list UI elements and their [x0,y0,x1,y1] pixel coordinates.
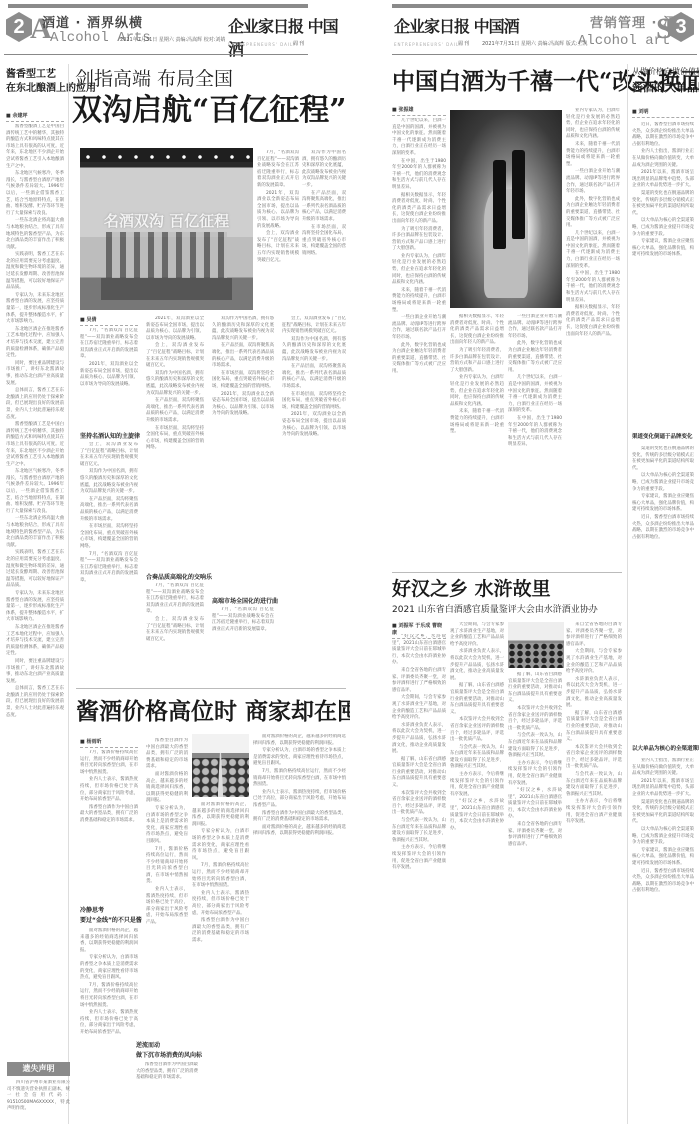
main-body-e: 双沟作为中国名酒，拥有悠久的酿酒历史和深厚的文化底蕴，此次战略发布被业内视为双沟… [212,316,274,588]
paragraph: 浓香型白酒作为中国白酒最大的香型品类，拥有广泛的消费基础和稳定的市场需求。 [253,811,346,824]
section-title: 酒道 · 酒界纵横 [42,12,143,31]
photo-people [106,232,227,281]
paragraph: 据相关数据显示，年轻消费者对低度、时尚、个性化的酒类产品需求日益增长，这促使白酒… [566,305,620,338]
paragraph: 7月，“名酒双沟 百亿征程”——双沟酒业战略发布会在江苏宿迁隆重举行，标志着双沟… [80,552,138,585]
sidebar-title-line1: 酱香型工艺 [6,70,56,80]
paragraph: 面对酱酒价格的高企，越来越多的经销商选择回归浓香，以期获得更稳健的利润回报。 [253,825,346,838]
paragraph: 一些东北酒企将高温大曲与本地粮食结合，形成了具有地域特色的酱香型产品，为东北白酒… [6,516,64,549]
paragraph: 大会期间，与会专家参观了水浒酒业生产基地，对企业的酿造工艺和产品品质给予高度评价… [566,649,622,675]
paragraph: 在中国，出生于1980年至2000年的人群被称为千禧一代，他们的消费观念和生活方… [566,271,620,304]
paragraph: 东北地区酒企在推进酱香工艺本地化过程中，应加强人才培养与技术交流，建立完善的质量… [6,625,64,658]
paragraph: 同时，要注重品牌建设与市场推广，讲好东北酱酒故事，推动东北白酒产业高质量发展。 [6,361,64,387]
paragraph: 与会代表一致认为，山东白酒近年来在品质和品牌建设方面取得了长足进步，鲁酒振兴正当… [508,733,562,759]
main-article-body-col2: 双沟作为中国名酒，拥有悠久的酿酒历史和深厚的文化底蕴，此次战略发布被业内视为双沟… [302,150,346,310]
paragraph: 业内专家认为，白酒年轻化是行业发展的必然趋势，但企业在追求年轻化的同时，也应保持… [566,108,620,141]
paragraph: 7月，“名酒双沟 百亿征程”——双沟酒业战略发布会在江苏宿迁隆重举行，标志着双沟… [212,607,274,633]
paragraph: 2021年，双沟酒业以全新姿态布局全国市场，提出以品质为核心、以品牌为引领、以市… [257,191,299,231]
ceremony-photo: 名酒双沟 百亿征程 [80,148,253,310]
third-body-b: 大会期间，与会专家参观了水浒酒业生产基地，对企业的酿造工艺和产品品质给予高度评价… [450,622,504,1124]
paragraph: 双沟作为中国名酒，拥有悠久的酿酒历史和深厚的文化底蕴，此次战略发布被业内视为双沟… [282,337,346,363]
main-body-a: 7月，“名酒双沟 百亿征程”——双沟酒业战略发布会在江苏宿迁隆重举行，标志着双沟… [80,328,138,428]
paragraph: 为了吸引年轻消费者，许多白酒品牌在包装设计、营销方式和产品口感上进行了大胆创新。 [450,348,504,374]
paragraph: 未来，随着千禧一代消费能力的持续提升，白酒市场格局或将迎来新一轮重塑。 [392,288,446,314]
paragraph: 来自全省各地的白酒专家、评酒委员齐聚一堂，对参评酒样进行了严格细致的感官品评。 [566,622,622,648]
paragraph: 渠道的变化也在倒逼品牌的变化，传统的多层级分销模式正在被更加扁平化的渠道结构所取… [632,446,694,472]
paragraph: 主办方表示，今后将继续发挥鉴评大会的引领作用，促进全省白酒产业健康有序发展。 [450,772,504,798]
paragraph: 据了解，山东省白酒感官质量鉴评大会是全省白酒行业的重要活动，对推动山东白酒品质提… [508,672,562,705]
second-body-a: 7月，酱酒价格持续高位运行，然而不少经销商却开始将目光转向浓香型白酒，在市场中悄… [80,750,138,900]
sidebar-body-c: 业内人士指出，酱酒行业正在从做价格向做价值转变，大单品成为酒企突围的关键。 20… [632,758,694,1124]
paragraph: 专家建议，酱酒企业应聚焦核心大单品，强化品牌价值，构建可持续发展的市场体系。 [632,494,694,514]
paragraph: 近日，酱香型白酒市场持续火热，众多酒企纷纷推出大单品战略，以期在激烈的市场竞争中… [632,515,694,541]
main-kicker: 剑指高端 布局全国 [75,70,233,89]
paragraph: 此外，数字化营销也成为白酒企业触达年轻消费者的重要渠道，直播带货、社交媒体推广等… [508,341,562,374]
notice-title: 遗失声明 [7,1062,70,1076]
sidebar-headline: 酱酒的大单品时代 [632,82,699,93]
paragraph: 据相关数据显示，年轻消费者对低度、时尚、个性化的酒类产品需求日益增长，这促使白酒… [450,314,504,347]
main-body-f: 7月，“名酒双沟 百亿征程”——双沟酒业战略发布会在江苏宿迁隆重举行，标志着双沟… [212,607,274,680]
paragraph: 专家分析认为，白酒市场的香型之争本质上是消费需求的变化，商家应理性看待市场热点，… [192,829,249,862]
photo-table [101,278,232,301]
paragraph: 同时，要注重品牌建设与市场推广，讲好东北酱酒故事，推动东北白酒产业高质量发展。 [6,659,64,685]
dateline: 2021年7月31日 星期六 责编:冯嵩辉 版式:王凯 [482,40,587,47]
article-divider [392,572,622,573]
brand-suffix: 周刊 [458,40,470,47]
paragraph: 主办方表示，今后将继续发挥鉴评大会的引领作用，促进全省白酒产业健康有序发展。 [566,799,622,825]
paragraph: 2021年，双沟酒业以全新姿态布局全国市场，提出以品质为核心、以品牌为引领、以市… [282,412,346,438]
paragraph: 在产品层面，双沟将聚焦高端化，推出一系列代表名酒品质的核心产品，以满足消费升级的… [80,497,138,523]
paragraph: 以大单品为核心的全渠道策略，已成为酱酒企业提升市场竞争力的重要手段。 [632,827,694,847]
sidebar-section-head-1: 渠道变化倒逼于品牌变化 [632,432,693,440]
sidebar-byline: 余建坪 [6,112,64,122]
main-byline: 吴倩 [80,316,138,326]
paragraph: 酱香型酿酒工艺是中国白酒传统工艺中的精华，其独特的酿造方式和风味特点使其在市场上… [6,422,64,468]
paragraph: 7月，“名酒双沟 百亿征程”——双沟酒业战略发布会在江苏宿迁隆重举行，标志着双沟… [257,150,299,190]
newspaper-brand-en: ENTREPRENEURS' DAILY [394,42,462,47]
paragraph: 双沟作为中国名酒，拥有悠久的酿酒历史和深厚的文化底蕴，此次战略发布被业内视为双沟… [302,150,346,190]
paragraph: 与会代表一致认为，山东白酒近年来在品质和品牌建设方面取得了长足进步，鲁酒振兴正当… [392,818,446,844]
third-body-d: 来自全省各地的白酒专家、评酒委员齐聚一堂，对参评酒样进行了严格细致的感官品评。 … [566,622,622,1124]
paragraph: 东北地区气候寒冷，冬季漫长，与酱香型白酒原产地的气候条件差异较大。1996年以后… [6,469,64,515]
paragraph: 双沟作为中国名酒，拥有悠久的酿酒历史和深厚的文化底蕴，此次战略发布被业内视为双沟… [80,469,138,495]
second-body-e: 面对酱酒价格的高企，越来越多的经销商选择回归浓香，以期获得更稳健的利润回报。 专… [192,802,249,1124]
page-number-badge: 3 [668,12,698,46]
paragraph: 浓香型白酒作为中国白酒最大的香型品类，拥有广泛的消费基础和稳定的市场需求。 [80,805,138,825]
paragraph: 2021年，双沟酒业以全新姿态布局全国市场，提出以品质为核心、以品牌为引领、以市… [212,392,274,418]
third-subheadline: 2021 山东省白酒感官质量鉴评大会由水浒酒业协办 [392,606,598,615]
main-body-c: 2021年，双沟酒业以全新姿态布局全国市场，提出以品质为核心、以品牌为引领、以市… [146,316,204,566]
paragraph: “好汉之乡，水浒故里”，2021山东省白酒感官质量鉴评大会日前在郓城举行，本次大… [392,634,446,667]
paragraph: “好汉之乡，水浒故里”，2021山东省白酒感官质量鉴评大会日前在郓城举行，本次大… [450,799,504,832]
paragraph: 本次鉴评大会共收到全省百余家企业送评的酒样数百个，经过多轮品评，评选出一批优质产… [450,717,504,743]
paragraph: 实践表明，酱香工艺在东北的应用需要充分考虑温度、湿度和微生物环境的差异，通过延长… [6,550,64,590]
paragraph: 东北地区酒企在推进酱香工艺本地化过程中，应加强人才培养与技术交流，建立完善的质量… [6,327,64,360]
paragraph: 在市场层面，双沟将坚持全国化布局，重点突破省外核心市场，构建覆盖全国的营销网络。 [212,371,274,391]
paragraph: 渠道的变化也在倒逼品牌的变化，传统的多层级分销模式正在被更加扁平化的渠道结构所取… [632,800,694,826]
paragraph: 业内人士表示，酱酒热度持续，但市场价格已处于高位，部分商家出于风险考虑，开始布局… [253,790,346,810]
photo-banner-text: 名酒双沟 百亿征程 [80,210,253,231]
paragraph: 面对酱酒价格的高企，越来越多的经销商选择回归浓香，以期获得更稳健的利润回报。 [80,928,138,954]
paragraph: 会上，双沟酒业发布了“百亿征程”战略目标，计划在未来五年内实现销售规模突破百亿元… [146,343,204,369]
second-body-b: 面对酱酒价格的高企，越来越多的经销商选择回归浓香，以期获得更稳健的利润回报。 专… [80,928,138,1124]
paragraph: 2021年，双沟酒业以全新姿态布局全国市场，提出以品质为核心、以品牌为引领、以市… [146,316,204,342]
masthead-rule [392,54,697,55]
newspaper-page-2a: 2 A 酒道 · 酒界纵横 Alcohol Arts 2021年7月31日 星期… [0,0,350,1126]
paragraph: 业内人士指出，酱酒行业正在从做价格向做价值转变，大单品成为酒企突围的关键。 [632,149,694,169]
paragraph: 会上，双沟酒业发布了“百亿征程”战略目标，计划在未来五年内实现销售规模突破百亿元… [80,442,138,468]
paragraph: 以大单品为核心的全渠道策略，已成为酱酒企业提升市场竞争力的重要手段。 [632,218,694,238]
section-head-2: 合奏品质高端化的交响乐 [146,572,212,581]
paragraph: 在产品层面，双沟将聚焦高端化，推出一系列代表名酒品质的核心产品，以满足消费升级的… [146,398,204,424]
main-body-a: 几个世纪以来，白酒一直是中国的国酒，并被视为中国文化的象征。然而随着千禧一代逐渐… [392,118,446,566]
paragraph: 在市场层面，双沟将坚持全国化布局，重点突破省外核心市场，构建覆盖全国的营销网络。 [302,225,346,258]
paragraph: 业内人士表示，酱酒热度持续，但市场价格已处于高位，部分商家出于风险考虑，开始布局… [80,1010,138,1036]
main-byline: 张振雄 [392,106,446,116]
second-byline: 杨雨昕 [80,738,138,748]
brand-suffix: 周刊 [293,40,305,47]
paragraph: 7月，“名酒双沟 百亿征程”——双沟酒业战略发布会在江苏宿迁隆重举行，标志着双沟… [80,328,138,361]
paragraph: 几个世纪以来，白酒一直是中国的国酒，并被视为中国文化的象征。然而随着千禧一代逐渐… [508,375,562,415]
paragraph: 在市场层面，双沟将坚持全国化布局，重点突破省外核心市场，构建覆盖全国的营销网络。 [80,524,138,550]
paragraph: 近日，酱香型白酒市场持续火热，众多酒企纷纷推出大单品战略，以期在激烈的市场竞争中… [632,869,694,895]
paragraph: 主办方表示，今后将继续发挥鉴评大会的引领作用，促进全省白酒产业健康有序发展。 [392,845,446,871]
paragraph: 在产品层面，双沟将聚焦高端化，推出一系列代表名酒品质的核心产品，以满足消费升级的… [212,343,274,369]
photo-bottle [493,160,506,249]
paragraph: 据了解，山东省白酒感官质量鉴评大会是全省白酒行业的重要活动，对推动山东白酒品质提… [450,683,504,716]
masthead-rule [4,54,308,55]
paragraph: 专家建议，酱酒企业应聚焦核心大单品，强化品牌价值，构建可持续发展的市场体系。 [632,239,694,259]
paragraph: 大会期间，与会专家参观了水浒酒业生产基地，对企业的酿造工艺和产品品质给予高度评价… [450,622,504,648]
paragraph: 专家认为，未来东北地区酱香型白酒的发展，应坚持质量第一，逐步形成标准化生产体系，… [6,293,64,326]
page-number: 3 [668,12,694,42]
third-body-c: 据了解，山东省白酒感官质量鉴评大会是全省白酒行业的重要活动，对推动山东白酒品质提… [508,672,562,1124]
sidebar-article-body: 酱香型酿酒工艺是中国白酒传统工艺中的精华，其独特的酿造方式和风味特点使其在市场上… [6,124,64,1054]
sidebar-body-b: 渠道的变化也在倒逼品牌的变化，传统的多层级分销模式正在被更加扁平化的渠道结构所取… [632,446,694,686]
top-rule [8,4,308,8]
paragraph: 在中国，出生于1980年至2000年的人群被称为千禧一代，他们的消费观念和生活方… [392,159,446,192]
paragraph: 一些东北酒企将高温大曲与本地粮食结合，形成了具有地域特色的酱香型产品，为东北白酒… [6,218,64,251]
main-body-d: 一些白酒企业开始与潮流品牌、动漫IP等进行跨界合作，通过联名款产品打开年轻市场。… [508,314,562,566]
paragraph: 几个世纪以来，白酒一直是中国的国酒，并被视为中国文化的象征。然而随着千禧一代逐渐… [566,231,620,271]
sidebar-body-a: 近日，酱香型白酒市场持续火热，众多酒企纷纷推出大单品战略，以期在激烈的市场竞争中… [632,122,694,424]
paragraph: 7月，酱酒价格持续高位运行，然而不少经销商却开始将目光转向浓香型白酒，在市场中悄… [80,750,138,776]
paragraph: 业内人士表示，酱酒热度持续，但市场价格已处于高位，部分商家出于风险考虑，开始布局… [80,777,138,803]
section-head-3: 高端市场全国化的进行曲 [212,596,278,605]
paragraph: 主办方表示，今后将继续发挥鉴评大会的引领作用，促进全省白酒产业健康有序发展。 [508,761,562,787]
paragraph: 2021年以来，酱酒市场呈现出明显的品牌集中趋势，头部企业的大单品优势进一步扩大… [632,779,694,799]
paragraph: 浓香型白酒作为中国白酒最大的香型品类，拥有广泛的消费基础和稳定的市场需求。 [146,738,188,771]
second-body-f: 面对酱酒价格的高企，越来越多的经销商选择回归浓香，以期获得更稳健的利润回报。 专… [253,734,346,1124]
paragraph: 酱香型酿酒工艺是中国白酒传统工艺中的精华，其独特的酿造方式和风味特点使其在市场上… [6,124,64,170]
paragraph: 本次鉴评大会共收到全省百余家企业送评的酒样数百个，经过多轮品评，评选出一批优质产… [392,791,446,817]
article-divider [76,688,346,689]
paragraph: 7月，“名酒双沟 百亿征程”——双沟酒业战略发布会在江苏宿迁隆重举行，标志着双沟… [146,583,204,616]
paragraph: 未来，随着千禧一代消费能力的持续提升，白酒市场格局或将迎来新一轮重塑。 [566,142,620,168]
photo-crowd [508,643,564,668]
paragraph: 在产品层面，双沟将聚焦高端化，推出一系列代表名酒品质的核心产品，以满足消费升级的… [282,364,346,390]
sidebar-byline: 刘明 [632,108,694,118]
paragraph: 据了解，山东省白酒感官质量鉴评大会是全省白酒行业的重要活动，对推动山东白酒品质提… [566,711,622,744]
paragraph: 业内专家认为，白酒年轻化是行业发展的必然趋势，但企业在追求年轻化的同时，也应保持… [392,254,446,287]
paragraph: 面对酱酒价格的高企，越来越多的经销商选择回归浓香，以期获得更稳健的利润回报。 [253,734,346,747]
paragraph: 本次鉴评大会共收到全省百余家企业送评的酒样数百个，经过多轮品评，评选出一批优质产… [566,745,622,771]
second-section-head-1: 冷静思考 [80,905,104,914]
paragraph: 在市场层面，双沟将坚持全国化布局，重点突破省外核心市场，构建覆盖全国的营销网络。 [146,426,204,452]
main-body-g: 会上，双沟酒业发布了“百亿征程”战略目标，计划在未来五年内实现销售规模突破百亿元… [282,316,346,680]
cellar-photo [192,734,249,797]
paragraph: 在市场层面，双沟将坚持全国化布局，重点突破省外核心市场，构建覆盖全国的营销网络。 [282,392,346,412]
paragraph: 专家分析认为，白酒市场的香型之争本质上是消费需求的变化，商家应理性看待市场热点，… [253,748,346,768]
paragraph: 以大单品为核心的全渠道策略，已成为酱酒企业提升市场竞争力的重要手段。 [632,473,694,493]
meeting-photo [508,622,564,668]
paragraph: 7月，酱酒价格持续高位运行，然而不少经销商却开始将目光转向浓香型白酒，在市场中悄… [192,863,249,889]
paragraph: 据相关数据显示，年轻消费者对低度、时尚、个性化的酒类产品需求日益增长，这促使白酒… [392,193,446,226]
paragraph: 水浒酒业负责人表示，将以此次大会为契机，进一步提升产品品质，弘扬水浒酒文化，推动… [566,677,622,710]
notice-text: 四川省泸州市某酒业有限公司不慎遗失营业执照正副本，统一社会信用代码：915105… [7,1080,70,1124]
paragraph: 此外，数字化营销也成为白酒企业触达年轻消费者的重要渠道，直播带货、社交媒体推广等… [566,197,620,230]
paragraph: 7月，酱酒价格持续高位运行，然而不少经销商却开始将目光转向浓香型白酒，在市场中悄… [146,847,188,887]
top-rule [392,4,692,8]
paragraph: 此外，数字化营销也成为白酒企业触达年轻消费者的重要渠道，直播带货、社交媒体推广等… [392,343,446,376]
second-body-c: 浓香型白酒作为中国白酒最大的香型品类，拥有广泛的消费基础和稳定的市场需求。 面对… [146,738,188,1064]
paragraph: 总体而言，酱香工艺在东北酿酒上的应用仍处于探索阶段，但已展现出良好的发展前景，业… [6,686,64,719]
paragraph: 本次鉴评大会共收到全省百余家企业送评的酒样数百个，经过多轮品评，评选出一批优质产… [508,706,562,732]
sidebar-section-head-2: 以大单品为核心的全渠道策略 [632,744,699,752]
paragraph: 2021年，双沟酒业以全新姿态布局全国市场，提出以品质为核心、以品牌为引领、以市… [80,362,138,388]
second-body-d: 浓香型白酒作为中国白酒最大的香型品类，拥有广泛的消费基础和稳定的市场需求。 [136,1062,198,1124]
newspaper-brand: 企业家日报 中国酒 [394,14,519,37]
paragraph: 总体而言，酱香工艺在东北酿酒上的应用仍处于探索阶段，但已展现出良好的发展前景，业… [6,388,64,421]
paragraph: 大会期间，与会专家参观了水浒酒业生产基地，对企业的酿造工艺和产品品质给予高度评价… [392,695,446,721]
paragraph: 来自全省各地的白酒专家、评酒委员齐聚一堂，对参评酒样进行了严格细致的感官品评。 [392,668,446,694]
paragraph: 东北地区气候寒冷，冬季漫长，与酱香型白酒原产地的气候条件差异较大。1996年以后… [6,171,64,217]
section-head-1: 坚持名酒认知的主旋律 [80,431,140,440]
paragraph: 与会代表一致认为，山东白酒近年来在品质和品牌建设方面取得了长足进步，鲁酒振兴正当… [450,745,504,771]
main-body-b: 会上，双沟酒业发布了“百亿征程”战略目标，计划在未来五年内实现销售规模突破百亿元… [80,442,138,680]
paragraph: 近日，酱香型白酒市场持续火热，众多酒企纷纷推出大单品战略，以期在激烈的市场竞争中… [632,122,694,148]
paragraph: 一些白酒企业开始与潮流品牌、动漫IP等进行跨界合作，通过联名款产品打开年轻市场。 [392,315,446,341]
paragraph: 渠道的变化也在倒逼品牌的变化，传统的多层级分销模式正在被更加扁平化的渠道结构所取… [632,191,694,217]
dateline: 2021年7月31日 星期六 责编:冯嵩辉 校对:刘婧 [120,36,225,43]
photo-bottle [512,150,525,239]
paragraph: 专家认为，未来东北地区酱香型白酒的发展，应坚持质量第一，逐步形成标准化生产体系，… [6,591,64,624]
paragraph: 几个世纪以来，白酒一直是中国的国酒，并被视为中国文化的象征。然而随着千禧一代逐渐… [392,118,446,158]
paragraph: 未来，随着千禧一代消费能力的持续提升，白酒市场格局或将迎来新一轮重塑。 [450,409,504,435]
paragraph: 为了吸引年轻消费者，许多白酒品牌在包装设计、营销方式和产品口感上进行了大胆创新。 [392,227,446,253]
paragraph: 一些白酒企业开始与潮流品牌、动漫IP等进行跨界合作，通过联名款产品打开年轻市场。 [508,314,562,340]
third-body-a: “好汉之乡，水浒故里”，2021山东省白酒感官质量鉴评大会日前在郓城举行，本次大… [392,634,446,1124]
stage-lights [80,148,253,162]
paragraph: 双沟作为中国名酒，拥有悠久的酿酒历史和深厚的文化底蕴，此次战略发布被业内视为双沟… [146,371,204,397]
paragraph: 会上，双沟酒业发布了“百亿征程”战略目标，计划在未来五年内实现销售规模突破百亿元… [146,617,204,643]
main-body-c: 据相关数据显示，年轻消费者对低度、时尚、个性化的酒类产品需求日益增长，这促使白酒… [450,314,504,566]
paragraph: 业内专家认为，白酒年轻化是行业发展的必然趋势，但企业在追求年轻化的同时，也应保持… [450,375,504,408]
paragraph: 面对酱酒价格的高企，越来越多的经销商选择回归浓香，以期获得更稳健的利润回报。 [146,772,188,805]
paragraph: 实践表明，酱香工艺在东北的应用需要充分考虑温度、湿度和微生物环境的差异，通过延长… [6,252,64,292]
paragraph: 面对酱酒价格的高企，越来越多的经销商选择回归浓香，以期获得更稳健的利润回报。 [192,802,249,828]
newspaper-brand-en: ENTREPRENEURS' DAILY [228,42,296,47]
main-article-body-col1: 7月，“名酒双沟 百亿征程”——双沟酒业战略发布会在江苏宿迁隆重举行，标志着双沟… [257,150,299,310]
paragraph: 据了解，山东省白酒感官质量鉴评大会是全省白酒行业的重要活动，对推动山东白酒品质提… [392,757,446,790]
paragraph: 水浒酒业负责人表示，将以此次大会为契机，进一步提升产品品质，弘扬水浒酒文化，推动… [450,649,504,682]
second-section-head-3: 逆流而动 [136,1040,160,1049]
paragraph: 来自全省各地的白酒专家、评酒委员齐聚一堂，对参评酒样进行了严格细致的感官品评。 [508,822,562,848]
paragraph: 业内人士指出，酱酒行业正在从做价格向做价值转变，大单品成为酒企突围的关键。 [632,758,694,778]
paragraph: 双沟作为中国名酒，拥有悠久的酿酒历史和深厚的文化底蕴，此次战略发布被业内视为双沟… [212,316,274,342]
paragraph: 在中国，出生于1980年至2000年的人群被称为千禧一代，他们的消费观念和生活方… [508,416,562,449]
paragraph: 业内人士表示，酱酒热度持续，但市场价格已处于高位，部分商家出于风险考虑，开始布局… [146,887,188,927]
third-headline: 好汉之乡 水浒故里 [392,580,551,599]
main-body-b: 业内专家认为，白酒年轻化是行业发展的必然趋势，但企业在追求年轻化的同时，也应保持… [566,108,620,566]
sidebar-kicker: 从做价格向做价值转变 [632,68,699,76]
paragraph: 浓香型白酒作为中国白酒最大的香型品类，拥有广泛的消费基础和稳定的市场需求。 [136,1062,198,1082]
paragraph: 一些白酒企业开始与潮流品牌、动漫IP等进行跨界合作，通过联名款产品打开年轻市场。 [566,169,620,195]
newspaper-page-s3: 企业家日报 中国酒 ENTREPRENEURS' DAILY 周刊 2021年7… [350,0,699,1126]
paragraph: “好汉之乡，水浒故里”，2021山东省白酒感官质量鉴评大会日前在郓城举行，本次大… [508,788,562,821]
paragraph: 会上，双沟酒业发布了“百亿征程”战略目标，计划在未来五年内实现销售规模突破百亿元… [257,231,299,264]
main-headline: 双沟启航“百亿征程” [72,96,347,126]
paragraph: 与会代表一致认为，山东白酒近年来在品质和品牌建设方面取得了长足进步，鲁酒振兴正当… [566,772,622,798]
column-divider [68,64,69,1124]
paragraph: 业内人士表示，酱酒热度持续，但市场价格已处于高位，部分商家出于风险考虑，开始布局… [192,891,249,917]
paragraph: 7月，酱酒价格持续高位运行，然而不少经销商却开始将目光转向浓香型白酒，在市场中悄… [253,769,346,789]
paragraph: 7月，酱酒价格持续高位运行，然而不少经销商却开始将目光转向浓香型白酒，在市场中悄… [80,983,138,1009]
paragraph: 专家建议，酱酒企业应聚焦核心大单品，强化品牌价值，构建可持续发展的市场体系。 [632,848,694,868]
column-divider [627,64,628,1124]
second-section-head-2: 要过“金线”的不只是酱 [80,915,142,924]
paragraph: 2021年以来，酱酒市场呈现出明显的品牌集中趋势，头部企业的大单品优势进一步扩大… [632,170,694,190]
bottles-photo [450,110,562,308]
paragraph: 会上，双沟酒业发布了“百亿征程”战略目标，计划在未来五年内实现销售规模突破百亿元… [282,316,346,336]
main-body-d: 7月，“名酒双沟 百亿征程”——双沟酒业战略发布会在江苏宿迁隆重举行，标志着双沟… [146,583,204,680]
page-number: 2 [6,12,32,42]
paragraph: 浓香型白酒作为中国白酒最大的香型品类，拥有广泛的消费基础和稳定的市场需求。 [192,918,249,944]
paragraph: 水浒酒业负责人表示，将以此次大会为契机，进一步提升产品品质，弘扬水浒酒文化，推动… [392,723,446,756]
paragraph: 专家分析认为，白酒市场的香型之争本质上是消费需求的变化，商家应理性看待市场热点，… [146,806,188,846]
paragraph: 在产品层面，双沟将聚焦高端化，推出一系列代表名酒品质的核心产品，以满足消费升级的… [302,191,346,224]
paragraph: 专家分析认为，白酒市场的香型之争本质上是消费需求的变化，商家应理性看待市场热点，… [80,955,138,981]
